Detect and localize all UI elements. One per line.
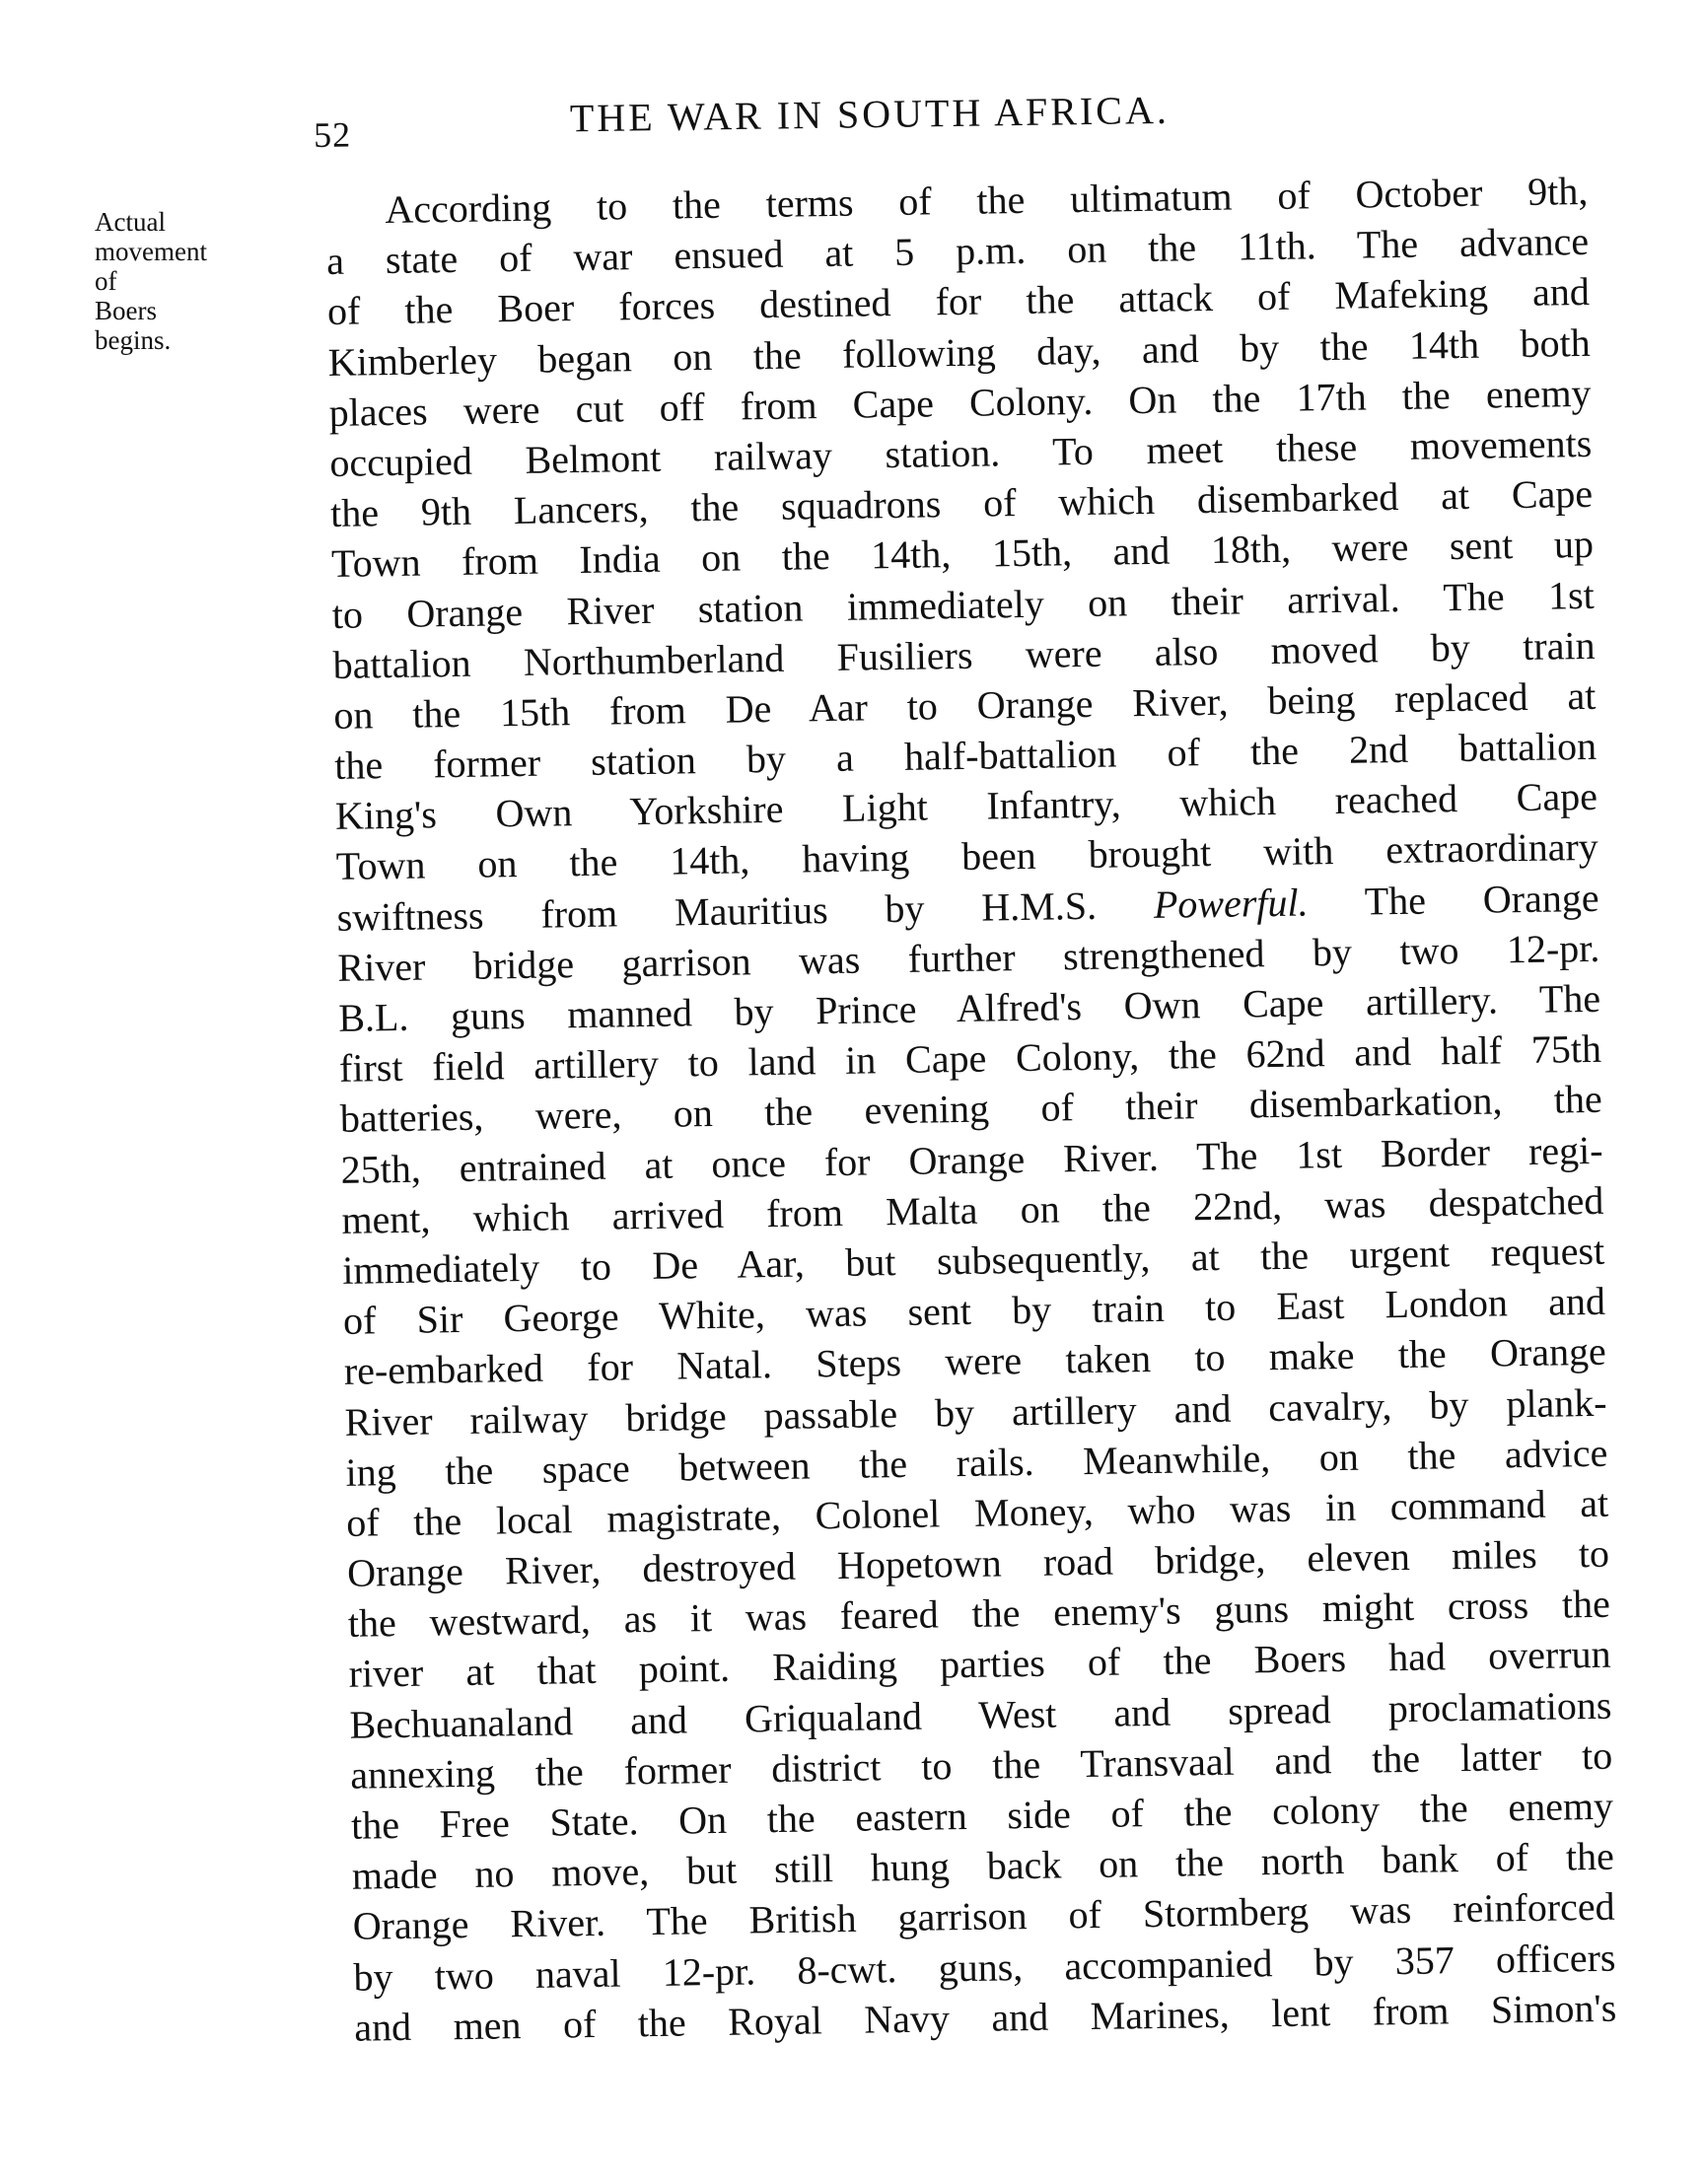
running-head: 52 THE WAR IN SOUTH AFRICA. [314,81,1597,158]
margin-note-line: Actual [95,207,243,237]
margin-note-line: begins. [95,325,243,355]
page-number: 52 [314,113,352,156]
margin-note-line: Boers [95,296,243,325]
margin-note-line: of [95,266,243,296]
margin-note: Actual movement of Boers begins. [95,207,243,355]
book-page: 52 THE WAR IN SOUTH AFRICA. Actual movem… [0,0,1704,2184]
text-segment: The Orange [1308,875,1599,924]
running-title: THE WAR IN SOUTH AFRICA. [570,87,1171,141]
margin-note-line: movement [95,237,243,266]
ship-name-italic: Powerful. [1154,880,1309,926]
body-paragraph: According to the terms of the ultimatum … [325,166,1617,2053]
